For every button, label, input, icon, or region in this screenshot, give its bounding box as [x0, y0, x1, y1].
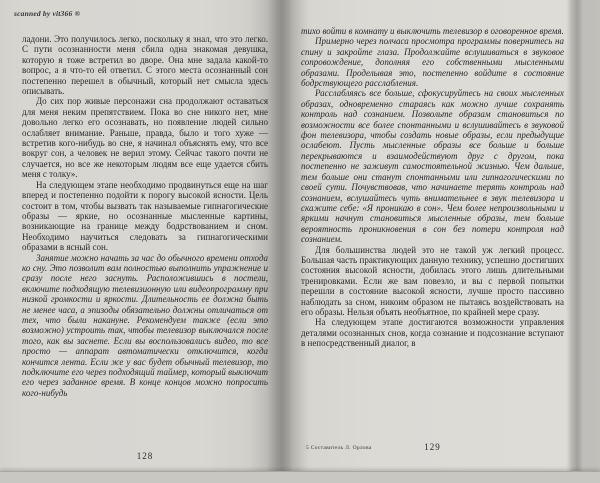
- right-page-text-block: тихо войти в комнату и выключить телевиз…: [301, 26, 564, 349]
- right-page-edge-shadow: [566, 0, 600, 483]
- scanned-book-spread: { "watermark": "scanned by vit366 ®", "l…: [0, 0, 600, 483]
- page-number-left: 128: [22, 451, 268, 461]
- paragraph: Расслабляясь все больше, сфокусируйтесь …: [301, 88, 564, 244]
- paragraph: ладони. Это получилось легко, поскольку …: [22, 34, 268, 96]
- paragraph: До сих пор живые персонажи сна продолжаю…: [22, 96, 268, 179]
- paragraph: Занятие можно начать за час до обычного …: [22, 253, 268, 399]
- paragraph: На следующем этапе необходимо продвинуть…: [22, 180, 268, 253]
- page-number-right: 129: [301, 442, 564, 452]
- paragraph: тихо войти в комнату и выключить телевиз…: [301, 26, 564, 36]
- paragraph: На следующем этапе достигаются возможнос…: [301, 317, 564, 348]
- paragraph: Для большинства людей это не такой уж ле…: [301, 245, 564, 318]
- paragraph: Примерно через полчаса просмотра програм…: [301, 36, 564, 88]
- left-page-text-block: ладони. Это получилось легко, поскольку …: [22, 34, 268, 398]
- scanner-watermark: scanned by vit366 ®: [14, 9, 80, 18]
